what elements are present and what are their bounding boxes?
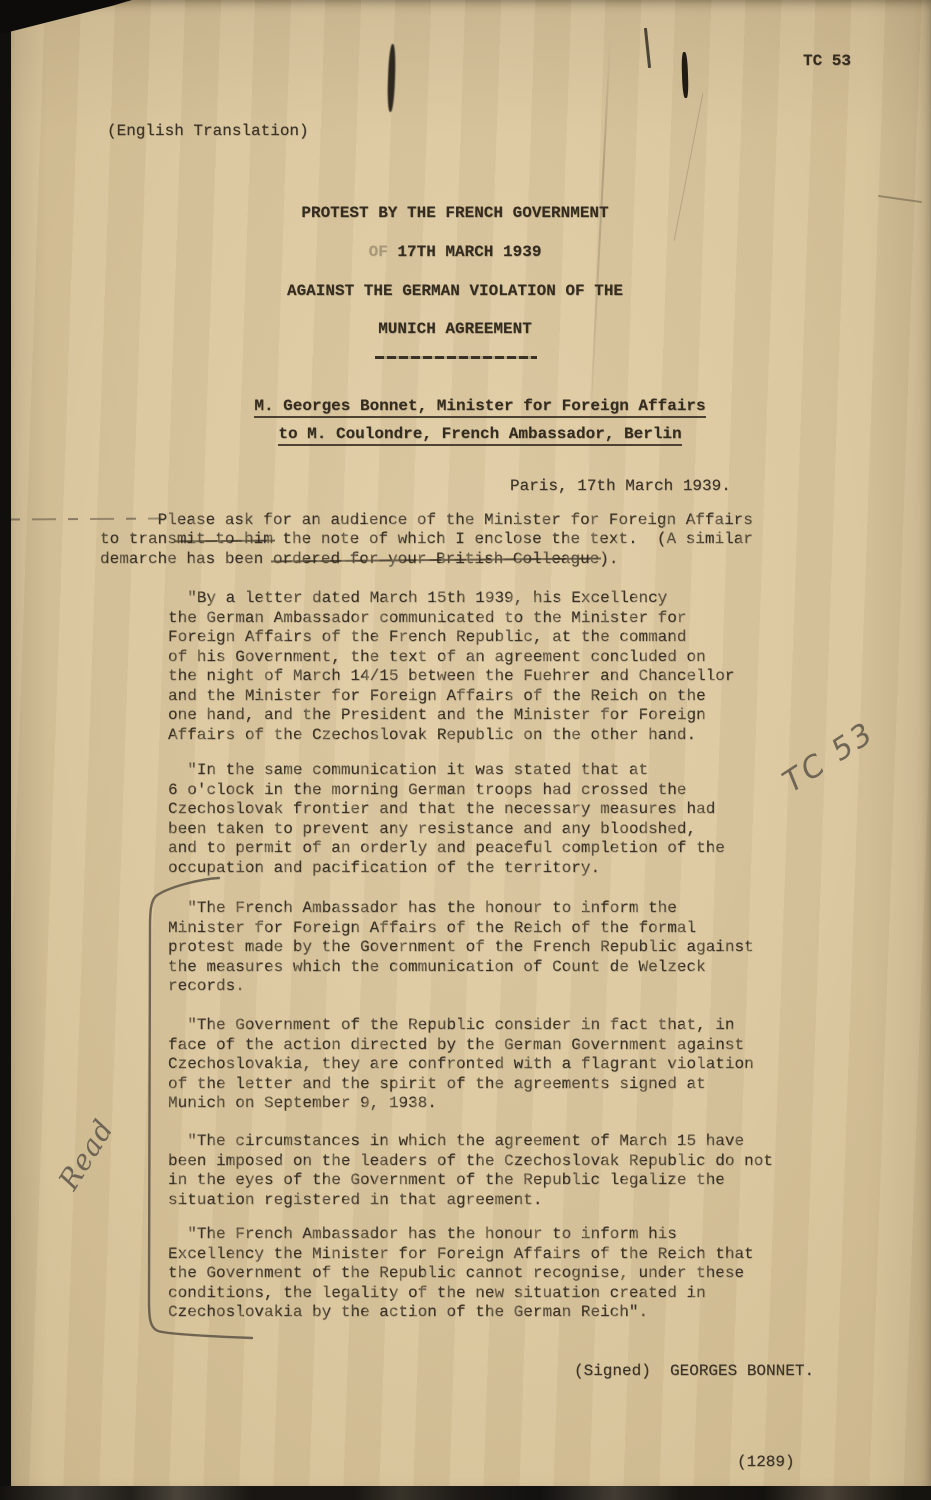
- signature-line: (Signed) GEORGES BONNET.: [574, 1362, 814, 1382]
- scan-edge-left: [0, 0, 11, 1500]
- paragraph-2: "By a letter dated March 15th 1939, his …: [168, 589, 735, 745]
- paragraph-6: "The circumstances in which the agreemen…: [168, 1132, 773, 1210]
- paragraph-3: "In the same communication it was stated…: [168, 761, 725, 878]
- paragraph-1-line-3: demarche has been ordered for your Briti…: [100, 550, 618, 570]
- paragraph-7: "The French Ambassador has the honour to…: [168, 1225, 754, 1323]
- paragraph-5: "The Government of the Republic consider…: [168, 1016, 754, 1114]
- reference-code: TC 53: [803, 52, 851, 72]
- scanned-document-page: TC 53 (English Translation) PROTEST BY T…: [0, 0, 931, 1500]
- title-line-2-faded-word: OF: [369, 243, 388, 261]
- address-line-2-text: to M. Coulondre, French Ambassador, Berl…: [278, 425, 681, 446]
- p1-l3-post: ).: [599, 550, 618, 568]
- address-line-1: M. Georges Bonnet, Minister for Foreign …: [25, 397, 931, 417]
- strikethrough-transmit-to-him: mit to him: [177, 530, 273, 548]
- address-line-1-text: M. Georges Bonnet, Minister for Foreign …: [254, 397, 705, 418]
- title-line-1: PROTEST BY THE FRENCH GOVERNMENT: [0, 204, 910, 224]
- title-line-2: OF 17TH MARCH 1939: [0, 243, 910, 263]
- paragraph-4: "The French Ambassador has the honour to…: [168, 899, 754, 997]
- strikethrough-ordered-for-colleague: ordered for your British Colleague: [273, 550, 599, 568]
- paragraph-1-line-1: Please ask for an audience of the Minist…: [100, 511, 753, 531]
- page-number: (1289): [737, 1453, 795, 1473]
- p1-l2-post: the note of which I enclose the text. (A…: [273, 530, 753, 548]
- dateline: Paris, 17th March 1939.: [510, 477, 731, 497]
- p1-l2-pre: to trans: [100, 530, 177, 548]
- title-line-4: MUNICH AGREEMENT: [0, 320, 910, 340]
- title-line-3: AGAINST THE GERMAN VIOLATION OF THE: [0, 282, 910, 302]
- translation-note: (English Translation): [107, 122, 309, 142]
- title-line-2-rest: 17TH MARCH 1939: [397, 243, 541, 261]
- title-divider-rule: [375, 356, 537, 359]
- p1-l3-pre: demarche has been: [100, 550, 273, 568]
- paragraph-1-line-2: to transmit to him the note of which I e…: [100, 530, 753, 550]
- address-line-2: to M. Coulondre, French Ambassador, Berl…: [25, 425, 931, 445]
- scan-edge-bottom: [0, 1486, 931, 1500]
